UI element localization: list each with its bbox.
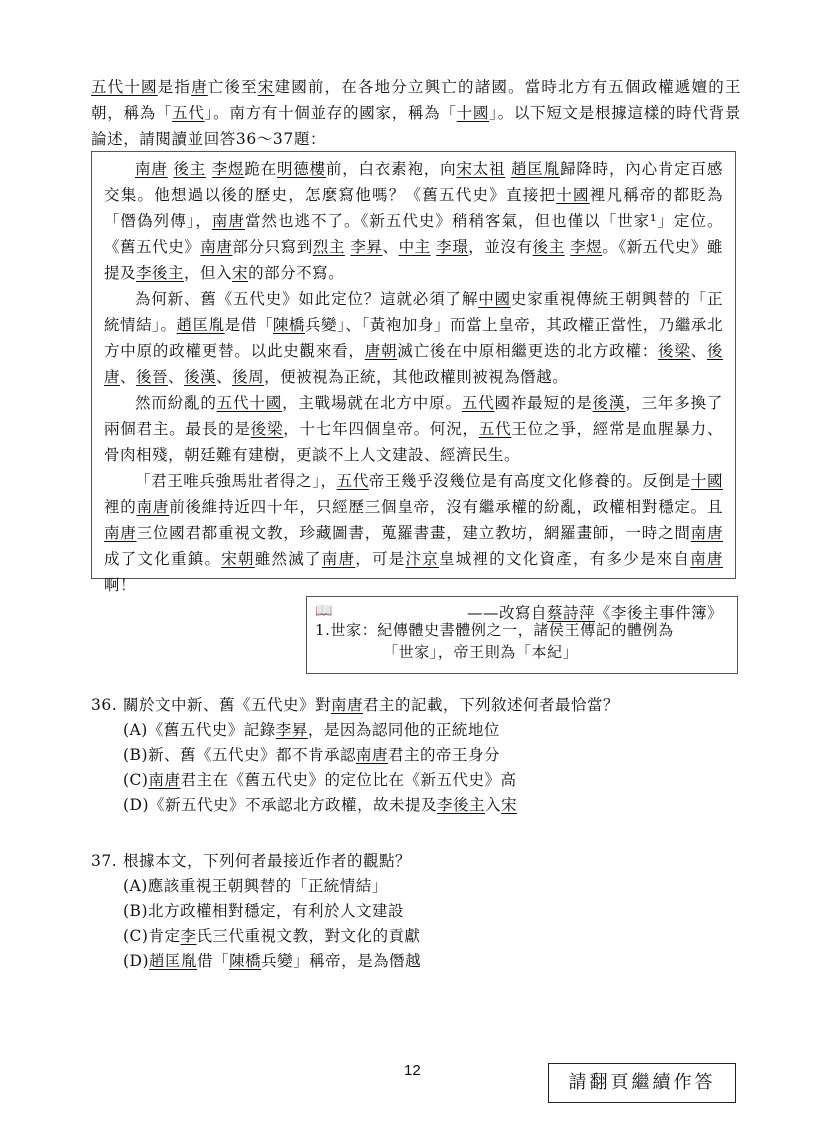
option-b[interactable]: (B)北方政權相對穩定，有利於人文建設 <box>91 899 731 924</box>
proper-noun-underlined: 汴京 <box>405 550 439 568</box>
proper-noun-underlined: 南唐 <box>135 160 168 178</box>
proper-noun-underlined: 李煜 <box>212 160 245 178</box>
proper-noun-underlined: 南唐 <box>200 238 232 256</box>
proper-noun-underlined: 十國 <box>691 472 723 490</box>
proper-noun-underlined: 李昪 <box>276 721 308 739</box>
proper-noun-underlined: 宋 <box>258 78 275 96</box>
proper-noun-underlined: 五代十國 <box>91 78 158 96</box>
passage-paragraph-4: 「君王唯兵強馬壯者得之」，五代帝王幾乎沒幾位是有高度文化修養的。反倒是十國裡的南… <box>104 468 723 598</box>
proper-noun-underlined: 趙匡胤 <box>511 160 560 178</box>
question-stem: 根據本文，下列何者最接近作者的觀點？ <box>123 849 411 874</box>
proper-noun-underlined: 南唐 <box>148 771 180 789</box>
proper-noun-underlined: 宋朝 <box>221 550 255 568</box>
proper-noun-underlined: 李煜 <box>570 238 602 256</box>
proper-noun-underlined: 後梁 <box>251 420 284 438</box>
question-number: 36. <box>91 693 123 718</box>
proper-noun-underlined: 後晉 <box>136 368 168 386</box>
proper-noun-underlined: 五代十國 <box>217 394 282 412</box>
proper-noun-underlined: 後漢 <box>593 394 626 412</box>
intro-paragraph: 五代十國是指唐亡後至宋建國前，在各地分立興亡的諸國。當時北方有五個政權遞嬗的王朝… <box>91 74 741 152</box>
annotation-box: 📖 1.世家：紀傳體史書體例之一，諸侯王傳記的體例為 「世家」，帝王則為「本紀」 <box>306 596 738 674</box>
option-b[interactable]: (B)新、舊《五代史》都不肯承認南唐君主的帝王身分 <box>91 743 731 768</box>
proper-noun-underlined: 南唐 <box>356 746 388 764</box>
proper-noun-underlined: 李璟 <box>436 238 468 256</box>
proper-noun-underlined: 陳橋 <box>229 952 261 970</box>
proper-noun-underlined: 李 <box>180 927 196 945</box>
book-icon: 📖 <box>315 603 729 619</box>
proper-noun-underlined: 李昪 <box>350 238 382 256</box>
passage-paragraph-1: 南唐 後主 李煜跪在明德樓前，白衣素袍，向宋太祖 趙匡胤歸降時，內心肯定百感交集… <box>104 156 723 286</box>
proper-noun-underlined: 南唐 <box>212 212 245 230</box>
proper-noun-underlined: 李後主 <box>136 264 184 282</box>
proper-noun-underlined: 後漢 <box>184 368 216 386</box>
question-number: 37. <box>91 849 123 874</box>
proper-noun-underlined: 五代 <box>479 420 512 438</box>
passage-paragraph-2: 為何新、舊《五代史》如此定位？這就必須了解中國史家重視傳統王朝興替的「正統情結」… <box>104 286 723 390</box>
option-d[interactable]: (D)《新五代史》不承認北方政權，故未提及李後主入宋 <box>91 793 731 818</box>
proper-noun-underlined: 明德樓 <box>277 160 326 178</box>
proper-noun-underlined: 南唐 <box>691 524 723 542</box>
proper-noun-underlined: 趙匡胤 <box>177 316 225 334</box>
proper-noun-underlined: 李後主 <box>437 796 485 814</box>
proper-noun-underlined: 南唐 <box>137 498 170 516</box>
option-c[interactable]: (C)肯定李氏三代重視文教，對文化的貢獻 <box>91 924 731 949</box>
page-number: 12 <box>404 1062 421 1079</box>
reading-passage-box: 南唐 後主 李煜跪在明德樓前，白衣素袍，向宋太祖 趙匡胤歸降時，內心肯定百感交集… <box>91 151 736 579</box>
proper-noun-underlined: 後主 <box>173 160 206 178</box>
option-a[interactable]: (A)《舊五代史》記錄李昪，是因為認同他的正統地位 <box>91 718 731 743</box>
proper-noun-underlined: 烈主 <box>313 238 345 256</box>
proper-noun-underlined: 陳橋 <box>273 316 305 334</box>
annotation-line-1: 1.世家：紀傳體史書體例之一，諸侯王傳記的體例為 <box>315 619 729 641</box>
question-stem: 關於文中新、舊《五代史》對南唐君主的記載，下列敘述何者最恰當？ <box>123 693 619 718</box>
proper-noun-underlined: 五代 <box>172 104 204 122</box>
proper-noun-underlined: 唐朝 <box>365 342 398 360</box>
option-a[interactable]: (A)應該重視王朝興替的「正統情結」 <box>91 874 731 899</box>
proper-noun-underlined: 南唐 <box>331 696 363 714</box>
proper-noun-underlined: 後周 <box>232 368 264 386</box>
proper-noun-underlined: 南唐 <box>104 524 137 542</box>
proper-noun-underlined: 後主 <box>533 238 565 256</box>
question-37: 37. 根據本文，下列何者最接近作者的觀點？ (A)應該重視王朝興替的「正統情結… <box>91 849 731 974</box>
option-d[interactable]: (D)趙匡胤借「陳橋兵變」稱帝，是為僭越 <box>91 949 731 974</box>
annotation-line-2: 「世家」，帝王則為「本紀」 <box>315 641 729 663</box>
option-c[interactable]: (C)南唐君主在《舊五代史》的定位比在《新五代史》高 <box>91 768 731 793</box>
proper-noun-underlined: 後梁 <box>658 342 691 360</box>
proper-noun-underlined: 宋 <box>232 264 248 282</box>
proper-noun-underlined: 唐 <box>191 78 208 96</box>
proper-noun-underlined: 宋 <box>501 796 517 814</box>
proper-noun-underlined: 五代 <box>337 472 369 490</box>
passage-paragraph-3: 然而紛亂的五代十國，主戰場就在北方中原。五代國祚最短的是後漢，三年多換了兩個君主… <box>104 390 723 468</box>
proper-noun-underlined: 中國 <box>478 290 511 308</box>
proper-noun-underlined: 南唐 <box>322 550 356 568</box>
proper-noun-underlined: 五代 <box>462 394 495 412</box>
proper-noun-underlined: 南唐 <box>690 550 723 568</box>
turn-page-notice: 請翻頁繼續作答 <box>548 1063 736 1103</box>
proper-noun-underlined: 趙匡胤 <box>149 952 197 970</box>
proper-noun-underlined: 十國 <box>457 104 489 122</box>
proper-noun-underlined: 十國 <box>556 186 590 204</box>
proper-noun-underlined: 中主 <box>399 238 431 256</box>
question-36: 36. 關於文中新、舊《五代史》對南唐君主的記載，下列敘述何者最恰當？ (A)《… <box>91 693 731 818</box>
proper-noun-underlined: 宋太祖 <box>456 160 505 178</box>
